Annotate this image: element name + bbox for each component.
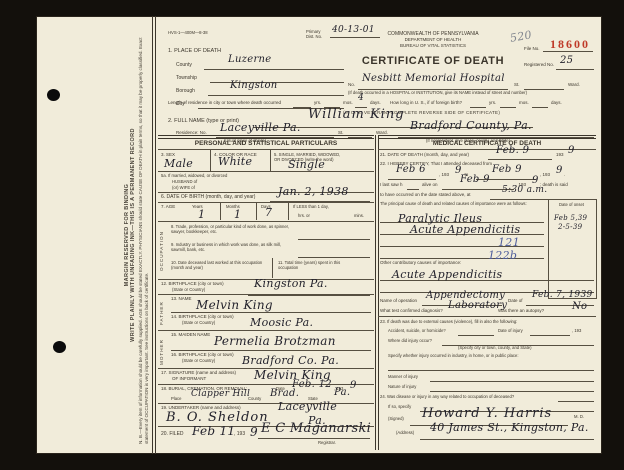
physician-signature: Howard Y. Harris: [422, 406, 552, 421]
spouse-label: 5a. If married, widowed, or divorced: [161, 173, 227, 178]
date-of-death-value: Feb. 9: [496, 145, 529, 156]
dob-value: Jan. 2, 1938: [278, 185, 349, 198]
accident-label: Accident, suicide, or homicide?: [388, 328, 446, 333]
full-name-value: William King: [308, 107, 405, 122]
us-length-label: How long in U. S., if of foreign birth?: [390, 100, 462, 105]
birthplace-label: 12. BIRTHPLACE (city or town): [161, 281, 224, 286]
cause-of-death-2: Acute Appendicitis: [410, 223, 520, 236]
father-name-value: Melvin King: [196, 298, 273, 312]
dist-no-label: Dist. No.: [306, 34, 322, 39]
township-label: Township: [176, 75, 197, 81]
file-no-label: File No.: [524, 46, 540, 51]
rule-line: [380, 258, 544, 259]
blank-line: [430, 384, 594, 392]
margin-line-2: WRITE PLAINLY WITH UNFADING INK—THIS IS …: [130, 26, 136, 444]
father-birthplace-label: 14. BIRTHPLACE (city or town): [171, 314, 234, 319]
blank-line: [407, 182, 419, 190]
burial-county-value: Brad.: [270, 388, 299, 399]
bureau-line: BUREAU OF VITAL STATISTICS: [358, 43, 508, 48]
rule-line: [171, 350, 371, 351]
rule-line: [158, 403, 374, 404]
husband-of-label: HUSBAND of: [172, 179, 197, 184]
file-no-stamp: 18600: [550, 37, 590, 52]
cell-divider: [272, 258, 273, 278]
county-blank: [204, 62, 344, 70]
operation-date-value: Feb. 7, 1939: [532, 290, 593, 300]
signed-label: (Signed): [388, 416, 404, 421]
attended-to-value: Feb 9: [492, 164, 522, 175]
if-so-specify-label: If so, specify: [388, 404, 411, 409]
column-divider: [375, 135, 379, 450]
institution-value: Nesbitt Memorial Hospital: [362, 73, 505, 84]
injury-date-label: Date of injury: [498, 328, 523, 333]
operation-label: Name of operation: [380, 298, 417, 303]
institution-note: (If death occurred in a HOSPITAL or INST…: [348, 90, 527, 95]
md-label: M. D.: [574, 414, 584, 419]
year-printed-2: , 193: [540, 172, 550, 177]
registrar-label: Registrar.: [318, 440, 336, 445]
blank-line: [430, 374, 594, 382]
certificate-form: HVS-1—400M—8-38 Primary Dist. No. 40-13-…: [158, 22, 596, 450]
mins-label: mins.: [354, 213, 364, 218]
penciled-number: 520: [509, 28, 533, 45]
operation-date-label: Date of: [508, 298, 523, 303]
undertaker-name-value: B. O. Sheldon: [166, 410, 269, 425]
related-occupation-label: 24. Was disease or injury in any way rel…: [380, 394, 514, 399]
manner-of-injury-label: Manner of injury: [388, 374, 418, 379]
cause-code-1: 121: [498, 236, 520, 249]
rule-line: [378, 316, 596, 317]
certificate-title: CERTIFICATE OF DEATH: [338, 55, 528, 67]
contributory-value: Acute Appendicitis: [392, 268, 502, 281]
margin-divider-rule: [152, 16, 156, 454]
residence-value: Laceyville Pa.: [220, 121, 301, 134]
year-printed-1: , 193: [439, 172, 449, 177]
injury-year-label: , 193: [572, 328, 581, 333]
institution-no-label: No.: [348, 82, 355, 87]
burial-county-label: County: [248, 396, 261, 401]
where-injury-label: Where did injury occur?: [388, 338, 432, 343]
last-saw-label: I last saw h: [380, 182, 403, 187]
physician-address: 40 James St., Kingston, Pa.: [430, 421, 589, 434]
cause-code-2: 122b: [488, 249, 517, 262]
marital-value: Single: [288, 158, 325, 171]
rule-line: [158, 384, 374, 385]
mother-vertical-label: MOTHER: [159, 334, 164, 370]
filed-date-value: Feb 11: [192, 424, 235, 438]
rule-line: [158, 149, 374, 150]
date-of-onset-header: Date of onset: [548, 202, 595, 207]
department-line: DEPARTMENT OF HEALTH: [358, 37, 508, 42]
age-label: 7. AGE: [161, 204, 175, 209]
days-label: days.: [551, 100, 562, 105]
father-name-label: 13. NAME: [171, 296, 192, 301]
year-2-value: 9: [556, 165, 563, 176]
nature-of-injury-label: Nature of injury: [388, 384, 416, 389]
mos-label: mos.: [343, 100, 353, 105]
specify-injury-label: Specify whether injury occurred in indus…: [388, 353, 519, 358]
period: .: [564, 172, 565, 177]
industry-label: 9. Industry or business in which work wa…: [171, 242, 293, 252]
blank-line: [530, 328, 570, 336]
certificate-paper: MARGIN RESERVED FOR BINDING WRITE PLAINL…: [36, 16, 602, 454]
last-saw-value: Feb 9: [460, 174, 490, 185]
rule-line: [158, 221, 374, 222]
registrar-signature: E C Maganarski: [261, 421, 371, 436]
age-years-value: 1: [198, 208, 205, 221]
wife-of-label: (or) WIFE of: [172, 185, 195, 190]
section-divider: [158, 135, 374, 139]
burial-place-value: Clapper Hill: [191, 389, 250, 399]
cell-divider: [256, 202, 257, 220]
cell-divider: [220, 202, 221, 220]
yrs-label: yrs.: [314, 100, 321, 105]
personal-section-title: PERSONAL AND STATISTICAL PARTICULARS: [158, 140, 374, 147]
days-label: days.: [370, 100, 381, 105]
onset-value-1: Feb 5,39: [554, 214, 587, 222]
blank-line: [558, 394, 594, 402]
hrs-label: hrs. or: [298, 213, 310, 218]
borough-label: Borough: [176, 88, 195, 94]
industry-blank: [298, 250, 370, 258]
section-divider: [378, 135, 596, 139]
informant-label-2: OF INFORMANT: [172, 376, 206, 381]
color-race-value: White: [218, 155, 252, 168]
street-label: St.: [514, 82, 520, 87]
dod-year-printed: 193: [556, 152, 564, 157]
burial-state-value: Pa.: [334, 387, 350, 398]
age-months-value: 1: [234, 208, 241, 221]
cell-divider: [210, 149, 211, 171]
principal-cause-label: The principal cause of death and related…: [380, 201, 542, 206]
father-vertical-label: FATHER: [159, 296, 164, 330]
blank-line: [470, 100, 486, 108]
rule-line: [158, 171, 374, 172]
last-worked-label: 10. Date deceased last worked at this oc…: [171, 260, 267, 270]
filed-year-value: 9: [250, 425, 258, 439]
rule-line: [158, 330, 374, 331]
attended-from-value: Feb 6: [396, 164, 426, 175]
medical-section-title: MEDICAL CERTIFICATE OF DEATH: [378, 140, 596, 147]
external-causes-label: 23. If death was due to external causes …: [380, 319, 517, 324]
mother-name-value: Permelia Brotzman: [214, 334, 336, 348]
dob-label: 6. DATE OF BIRTH (month, day, and year): [161, 194, 255, 200]
ward-label: Ward.: [568, 82, 580, 87]
state-country-note: (State or Country): [172, 287, 205, 292]
rule-line: [378, 149, 596, 150]
scanned-death-certificate: MARGIN RESERVED FOR BINDING WRITE PLAINL…: [0, 0, 624, 470]
father-birthplace-value: Moosic Pa.: [250, 316, 313, 329]
county-value: Luzerne: [228, 54, 272, 65]
registered-no-value: 25: [560, 55, 573, 66]
dod-year-value: 9: [568, 145, 575, 156]
binding-margin-text: MARGIN RESERVED FOR BINDING WRITE PLAINL…: [124, 26, 149, 444]
registered-no-label: Registered No.: [524, 62, 554, 67]
autopsy-value: No: [572, 301, 587, 312]
date-of-death-label: 21. DATE OF DEATH (month, day, and year): [380, 152, 469, 157]
trade-blank: [298, 232, 370, 240]
place-of-death-label: 1. PLACE OF DEATH: [168, 48, 221, 54]
residence-length-label: Length of residence in city or town wher…: [168, 100, 281, 105]
address-label: (Address): [396, 430, 414, 435]
contributory-label: Other contributory causes of importance:: [380, 260, 461, 265]
occurred-label: to have occurred on the date stated abov…: [380, 192, 471, 197]
mother-birthplace-label: 16. BIRTHPLACE (city or town): [171, 352, 234, 357]
rule-line: [258, 438, 370, 439]
state-country-note: (State or Country): [182, 320, 215, 325]
filed-label: 20. FILED: [161, 431, 184, 437]
undertaker-town-value: Laceyville: [278, 400, 337, 413]
cell-divider: [288, 202, 289, 220]
rule-line: [158, 294, 374, 295]
county-label: County: [176, 62, 192, 68]
burial-year-value: 9: [350, 380, 357, 391]
mos-label: mos.: [519, 100, 529, 105]
age-days-value: 7: [265, 206, 272, 219]
mother-birthplace-value: Bradford Co. Pa.: [242, 354, 339, 367]
trade-label: 8. Trade, profession, or particular kind…: [171, 224, 293, 234]
punch-hole: [53, 341, 66, 353]
where-injury-note: (Specify city or town, county, and State…: [458, 345, 531, 350]
autopsy-label: Was there an autopsy?: [498, 308, 544, 313]
borough-value: Kingston: [230, 80, 278, 91]
residence-county-value: Bradford County, Pa.: [410, 119, 532, 132]
burial-place-label: Place: [171, 396, 181, 401]
total-time-label: 11. Total time (years) spent in this occ…: [278, 260, 358, 270]
blank-line: [532, 100, 548, 108]
blank-line: [388, 363, 594, 371]
test-label: What test confirmed diagnosis?: [380, 308, 443, 313]
street-blank: [524, 82, 564, 90]
sex-value: Male: [164, 157, 193, 170]
occupation-vertical-label: OCCUPATION: [159, 225, 164, 277]
punch-hole: [47, 89, 60, 101]
less-than-day-label: If LESS than 1 day,: [293, 204, 329, 209]
mother-name-label: 15. MAIDEN NAME: [171, 332, 210, 337]
cell-divider: [270, 149, 271, 171]
blank-line: [458, 328, 494, 336]
onset-value-2: 2-5-39: [558, 223, 582, 231]
filed-year-printed: , 193: [234, 431, 245, 437]
yrs-label: yrs.: [489, 100, 496, 105]
blank-line: [500, 100, 516, 108]
rule-line: [171, 312, 371, 313]
rule-line: [158, 202, 374, 203]
alive-on-label: alive on: [422, 182, 438, 187]
time-of-death-value: 5:30 a.m.: [502, 185, 547, 195]
state-country-note: (State or Country): [182, 358, 215, 363]
informant-label: 17. SIGNATURE (name and address): [161, 370, 236, 375]
margin-nb-note: N. B.—Every item of information should b…: [138, 26, 149, 444]
form-code: HVS-1—400M—8-38: [168, 30, 208, 35]
birthplace-value: Kingston Pa.: [254, 277, 328, 290]
